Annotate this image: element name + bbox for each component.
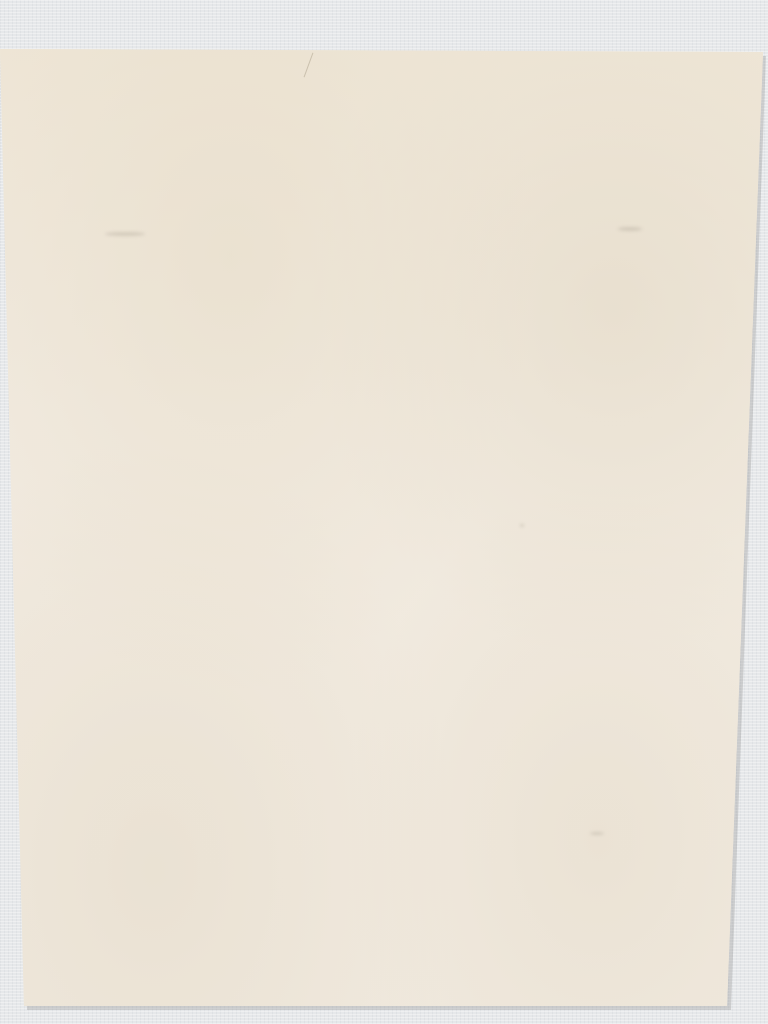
- smudge-mark: [590, 832, 604, 835]
- smudge-mark: [520, 524, 524, 527]
- smudge-mark: [105, 232, 145, 236]
- blank-paper-sheet: [0, 0, 768, 1024]
- photo-scene: [0, 0, 768, 1024]
- smudge-mark: [618, 227, 642, 231]
